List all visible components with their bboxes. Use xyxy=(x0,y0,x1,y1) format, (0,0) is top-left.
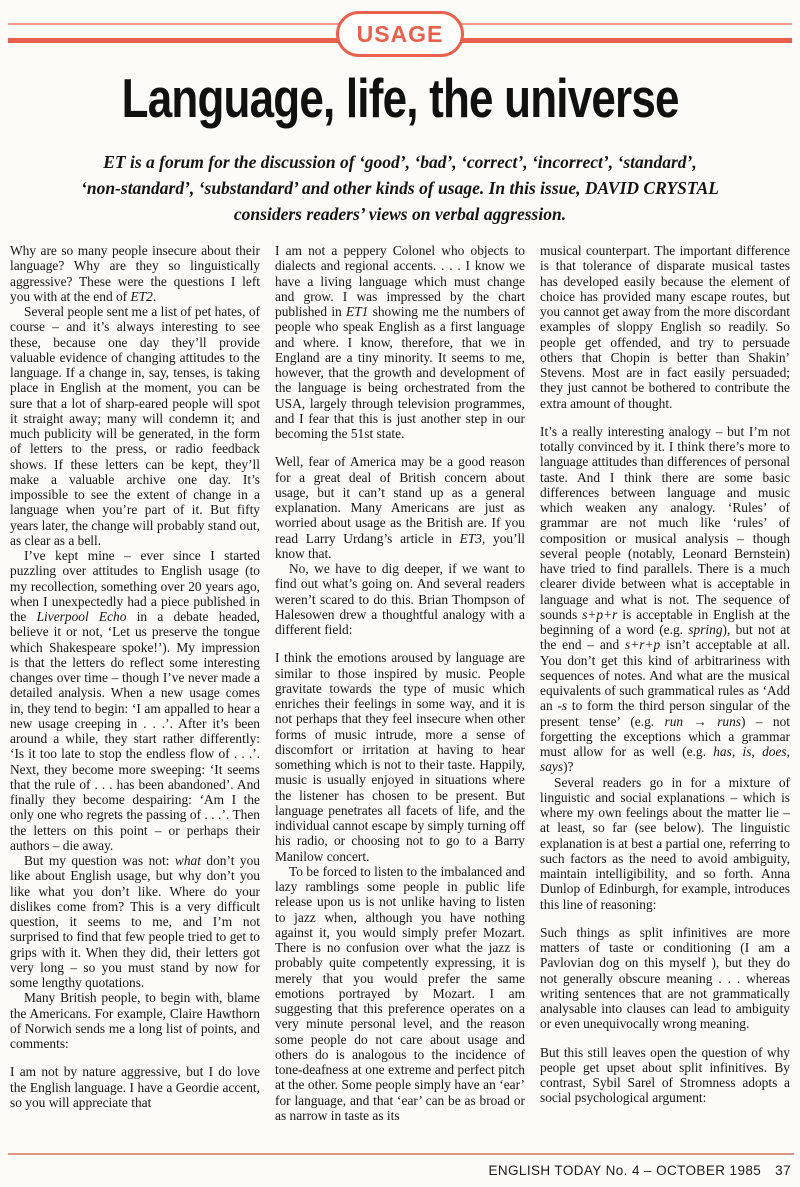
text-column-1: Why are so many people insecure about th… xyxy=(10,243,260,1151)
journal-name: ENGLISH TODAY No. 4 – OCTOBER 1985 xyxy=(488,1163,761,1178)
paragraph: Several readers go in for a mixture of l… xyxy=(540,775,790,912)
paragraph: Well, fear of America may be a good reas… xyxy=(275,454,525,561)
paragraph: Such things as split infinitives are mor… xyxy=(540,925,790,1032)
article-body: Why are so many people insecure about th… xyxy=(10,243,790,1151)
usage-section-badge: USAGE xyxy=(336,11,464,57)
footer-rule xyxy=(8,1153,794,1155)
footer: ENGLISH TODAY No. 4 – OCTOBER 198537 xyxy=(488,1163,791,1178)
paragraph: I’ve kept mine – ever since I started pu… xyxy=(10,548,260,853)
standfirst: ET is a forum for the discussion of ‘goo… xyxy=(30,149,770,227)
magazine-page: { "header": { "badge": "USAGE", "title":… xyxy=(0,0,800,1187)
text-column-2: I am not a peppery Colonel who objects t… xyxy=(275,243,525,1151)
text-column-3: musical counterpart. The important diffe… xyxy=(540,243,790,1151)
paragraph: I think the emotions aroused by language… xyxy=(275,650,525,864)
article-title: Language, life, the universe xyxy=(121,66,678,130)
paragraph: musical counterpart. The important diffe… xyxy=(540,243,790,411)
paragraph: No, we have to dig deeper, if we want to… xyxy=(275,561,525,637)
standfirst-line: ET is a forum for the discussion of ‘goo… xyxy=(30,149,770,175)
paragraph: Why are so many people insecure about th… xyxy=(10,243,260,304)
usage-badge-label: USAGE xyxy=(357,21,444,48)
paragraph: But this still leaves open the question … xyxy=(540,1045,790,1106)
paragraph: Several people sent me a list of pet hat… xyxy=(10,304,260,548)
paragraph: It’s a really interesting analogy – but … xyxy=(540,424,790,775)
paragraph: To be forced to listen to the imbalanced… xyxy=(275,864,525,1123)
article-title-wrap: Language, life, the universe xyxy=(0,66,800,130)
paragraph: But my question was not: what don’t you … xyxy=(10,853,260,990)
paragraph: I am not by nature aggressive, but I do … xyxy=(10,1064,260,1110)
standfirst-line: ‘non-standard’, ‘substandard’ and other … xyxy=(30,175,770,201)
standfirst-line: considers readers’ views on verbal aggre… xyxy=(30,201,770,227)
paragraph: I am not a peppery Colonel who objects t… xyxy=(275,243,525,441)
paragraph: Many British people, to begin with, blam… xyxy=(10,990,260,1051)
page-number: 37 xyxy=(775,1163,791,1178)
